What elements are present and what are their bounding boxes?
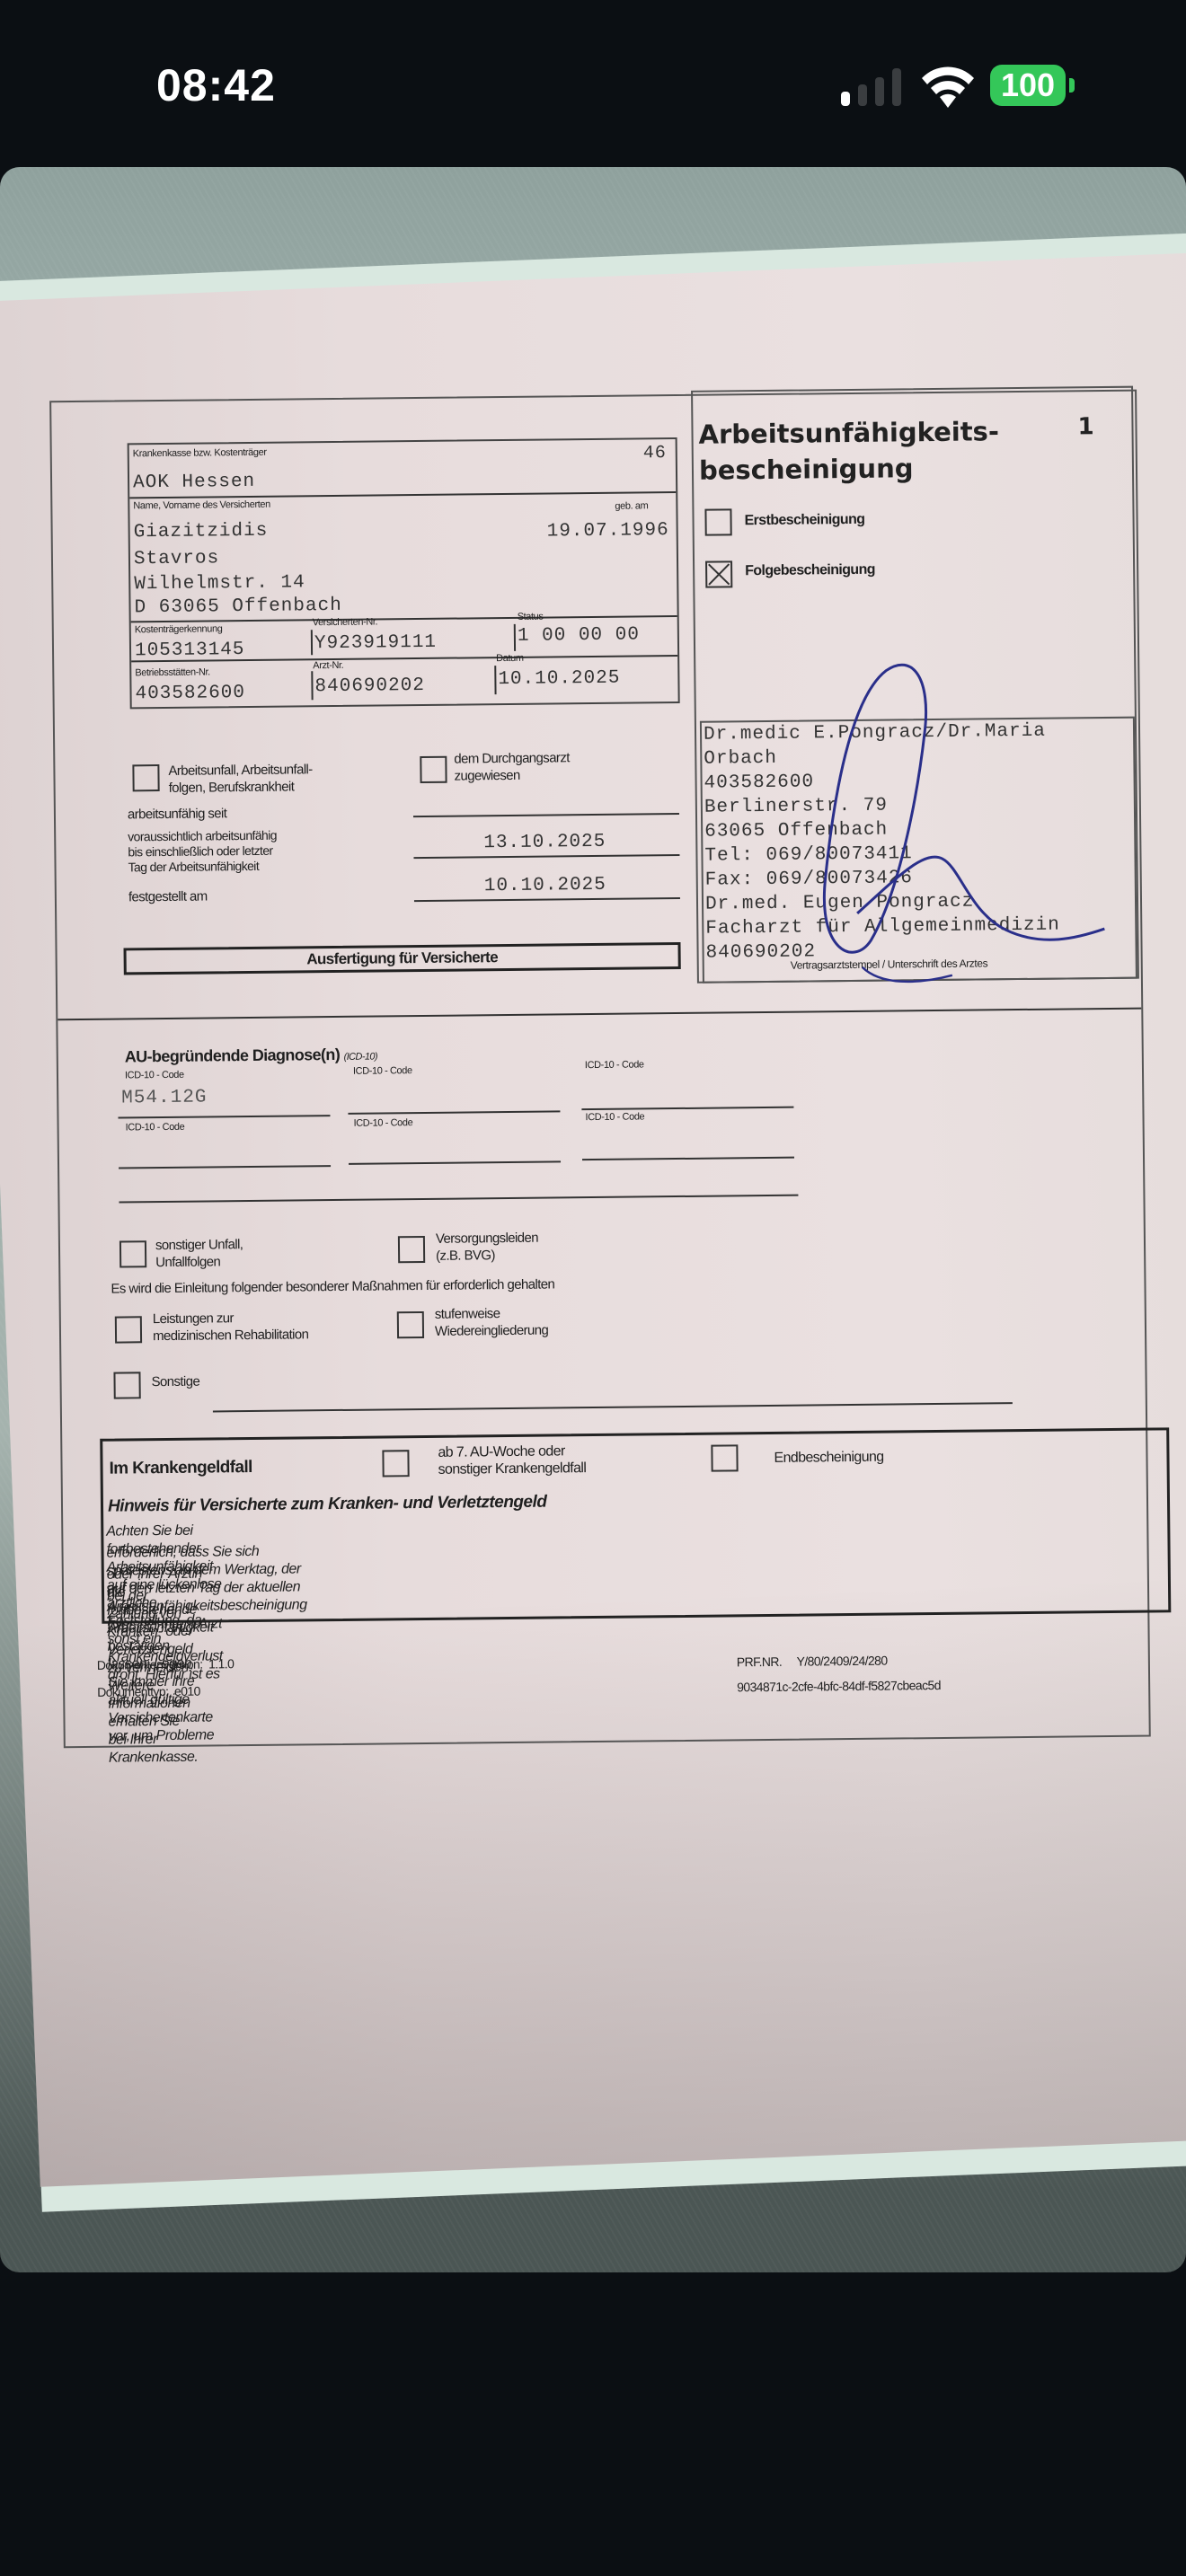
insured-first-name: Stavros: [134, 548, 219, 569]
week7-label: ab 7. AU-Woche odersonstiger Krankengeld…: [438, 1442, 586, 1478]
determined-label: festgestellt am: [128, 887, 208, 905]
other-accident-checkbox[interactable]: [119, 1240, 146, 1267]
pension-label: Versorgungsleiden(z.B. BVG): [436, 1230, 538, 1265]
prf-number: PRF.NR. Y/80/2409/24/280: [737, 1654, 888, 1670]
work-accident-checkbox[interactable]: [132, 764, 159, 791]
status-label: Status: [518, 612, 544, 622]
form-title-line1: Arbeitsunfähigkeits-: [698, 414, 999, 451]
first-certificate-checkbox[interactable]: [704, 508, 731, 535]
transit-doctor-checkbox[interactable]: [420, 756, 447, 783]
doctor-no-value: 840690202: [314, 675, 425, 697]
rehab-label: Leistungen zurmedizinischen Rehabilitati…: [153, 1309, 309, 1345]
dob-label: geb. am: [615, 500, 648, 511]
since-label: arbeitsunfähig seit: [128, 805, 227, 823]
form-title-line2: bescheinigung: [699, 451, 914, 487]
insurer-name: AOK Hessen: [133, 472, 255, 493]
pension-checkbox[interactable]: [398, 1236, 425, 1263]
until-label: voraussichtlich arbeitsunfähigbis einsch…: [128, 828, 277, 876]
insured-dob: 19.07.1996: [547, 520, 669, 542]
issue-date-value: 10.10.2025: [498, 668, 620, 690]
until-date-value: 13.10.2025: [483, 832, 606, 853]
other-accident-label: sonstiger Unfall,Unfallfolgen: [155, 1236, 243, 1271]
cost-bearer-label: Kostenträgerkennung: [135, 623, 223, 635]
final-certificate-label: Endbescheinigung: [774, 1449, 883, 1467]
followup-certificate-label: Folgebescheinigung: [745, 561, 875, 580]
diagnosis-heading: AU-begründende Diagnose(n) (ICD-10): [125, 1046, 377, 1069]
week7-checkbox[interactable]: [382, 1450, 409, 1477]
document-uuid: 9034871c-2cfe-4bfc-84df-f5827cbeac5d: [737, 1678, 941, 1694]
misc-measures-label: Sonstige: [151, 1373, 199, 1391]
reintegration-checkbox[interactable]: [397, 1311, 424, 1338]
insurer-code: 46: [643, 443, 667, 463]
reintegration-label: stufenweiseWiedereingliederung: [435, 1305, 549, 1340]
sick-note-form: Krankenkasse bzw. Kostenträger 46 AOK He…: [0, 0, 1186, 2576]
notice-line: bei der Zahlung von Kranken- oder Verlet…: [107, 1587, 198, 1768]
site-no-value: 403582600: [135, 683, 245, 704]
first-certificate-label: Erstbescheinigung: [744, 511, 864, 529]
doctor-signature: [679, 641, 1150, 1005]
insured-city: D 63065 Offenbach: [134, 595, 341, 618]
work-accident-label: Arbeitsunfall, Arbeitsunfall-folgen, Ber…: [168, 761, 313, 797]
date-label: Datum: [496, 653, 524, 664]
misc-measures-checkbox[interactable]: [113, 1372, 140, 1398]
doc-type: Dokumenttyp: e010: [97, 1684, 200, 1699]
copy-number: 1: [1077, 410, 1093, 444]
transit-doctor-label: dem Durchgangsarztzugewiesen: [454, 749, 570, 784]
cost-bearer-value: 105313145: [135, 640, 245, 661]
doc-version: Dokumentenversion: 1.1.0: [97, 1656, 235, 1672]
insurer-label: Krankenkasse bzw. Kostenträger: [133, 447, 267, 460]
sick-pay-heading: Im Krankengeldfall: [109, 1459, 252, 1478]
site-label: Betriebsstätten-Nr.: [135, 666, 210, 678]
doctor-no-label: Arzt-Nr.: [313, 660, 343, 671]
insured-street: Wilhelmstr. 14: [134, 572, 305, 595]
insured-label: Name, Vorname des Versicherten: [133, 499, 270, 512]
determined-date-value: 10.10.2025: [484, 875, 606, 896]
insured-no-label: Versicherten-Nr.: [313, 616, 378, 628]
followup-certificate-checkbox[interactable]: [705, 560, 732, 587]
status-value: 1 00 00 00: [518, 624, 640, 646]
final-certificate-checkbox[interactable]: [711, 1444, 738, 1471]
rehab-checkbox[interactable]: [115, 1316, 142, 1343]
insured-surname: Giazitzidis: [134, 521, 269, 543]
insured-no-value: Y923919111: [314, 632, 437, 654]
diagnosis-code-1: M54.12G: [121, 1088, 207, 1109]
